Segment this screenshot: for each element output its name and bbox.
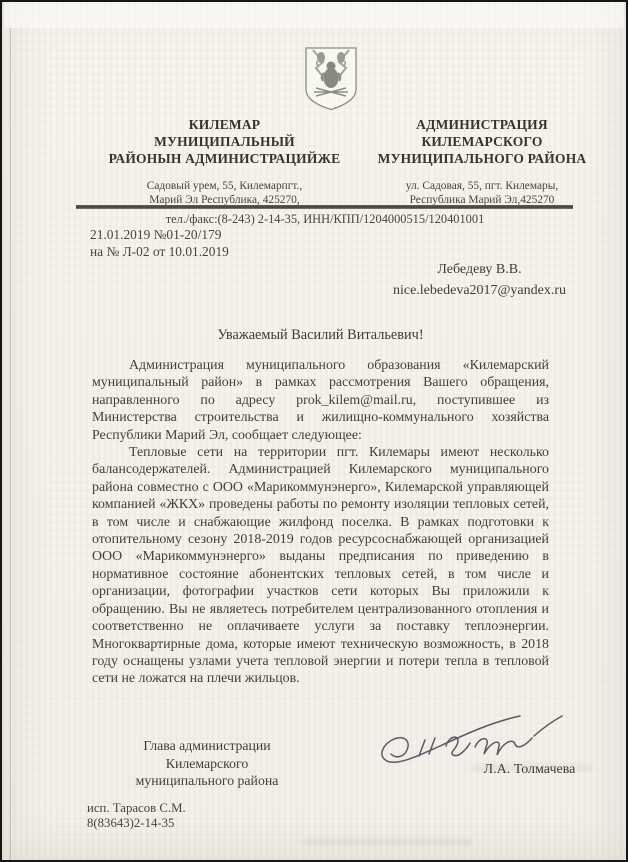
- org-name-mari-line: РАЙОНЫН АДМИНИСТРАЦИЙЖЕ: [97, 150, 352, 167]
- org-address-russian-line: ул. Садовая, 55, пгт. Килемары,: [374, 179, 590, 193]
- signature-title-line: Глава администрации: [117, 737, 297, 755]
- org-address-mari-line: Марий Эл Республика, 425270,: [112, 193, 337, 207]
- body-paragraph: Администрация муниципального образования…: [92, 357, 549, 444]
- letter-body: Администрация муниципального образования…: [92, 357, 549, 688]
- outgoing-reference: 21.01.2019 №01-20/179: [90, 226, 350, 243]
- coat-of-arms-icon: [304, 47, 358, 111]
- incoming-reference: на № Л-02 от 10.01.2019: [90, 243, 350, 260]
- org-address-mari-line: Садовый урем, 55, Килемарпгт.,: [112, 179, 337, 193]
- org-address-russian-line: Республика Марий Эл,425270: [374, 193, 590, 207]
- org-address-mari: Садовый урем, 55, Килемарпгт., Марий Эл …: [112, 179, 337, 207]
- signature-title-line: Килемарского: [117, 755, 297, 773]
- body-paragraph: Тепловые сети на территории пгт. Килемар…: [92, 444, 549, 688]
- signature-title-line: муниципального района: [117, 772, 297, 790]
- addressee-block: Лебедеву В.В. nice.lebedeva2017@yandex.r…: [357, 260, 602, 301]
- executor-name: исп. Тарасов С.М.: [87, 801, 307, 816]
- org-name-mari: КИЛЕМАР МУНИЦИПАЛЬНЫЙ РАЙОНЫН АДМИНИСТРА…: [97, 116, 352, 167]
- signer-name: Л.А. Толмачева: [452, 762, 607, 778]
- org-address-russian: ул. Садовая, 55, пгт. Килемары, Республи…: [374, 179, 590, 207]
- scan-edge-artifact: [10, 28, 11, 860]
- letterhead-divider-rule: [76, 206, 573, 209]
- signature-title: Глава администрации Килемарского муницип…: [117, 737, 297, 790]
- org-name-mari-line: КИЛЕМАР: [97, 116, 352, 133]
- executor-block: исп. Тарасов С.М. 8(83643)2-14-35: [87, 801, 307, 831]
- scan-top-light-band: [4, 2, 624, 28]
- reference-block: 21.01.2019 №01-20/179 на № Л-02 от 10.01…: [90, 226, 350, 260]
- executor-phone: 8(83643)2-14-35: [87, 816, 307, 831]
- addressee-email: nice.lebedeva2017@yandex.ru: [357, 281, 602, 302]
- scanned-letter: КИЛЕМАР МУНИЦИПАЛЬНЫЙ РАЙОНЫН АДМИНИСТРА…: [0, 0, 628, 862]
- org-name-russian-line: АДМИНИСТРАЦИЯ: [362, 116, 602, 133]
- addressee-name: Лебедеву В.В.: [357, 260, 602, 281]
- bleed-through-artifact: [302, 838, 472, 846]
- org-name-russian: АДМИНИСТРАЦИЯ КИЛЕМАРСКОГО МУНИЦИПАЛЬНОГ…: [362, 116, 602, 167]
- org-name-russian-line: МУНИЦИПАЛЬНОГО РАЙОНА: [362, 150, 602, 167]
- org-name-mari-line: МУНИЦИПАЛЬНЫЙ: [97, 133, 352, 150]
- org-name-russian-line: КИЛЕМАРСКОГО: [362, 133, 602, 150]
- contact-line: тел./факс:(8-243) 2-14-35, ИНН/КПП/12040…: [77, 212, 573, 227]
- salutation: Уважаемый Василий Витальевич!: [92, 327, 549, 344]
